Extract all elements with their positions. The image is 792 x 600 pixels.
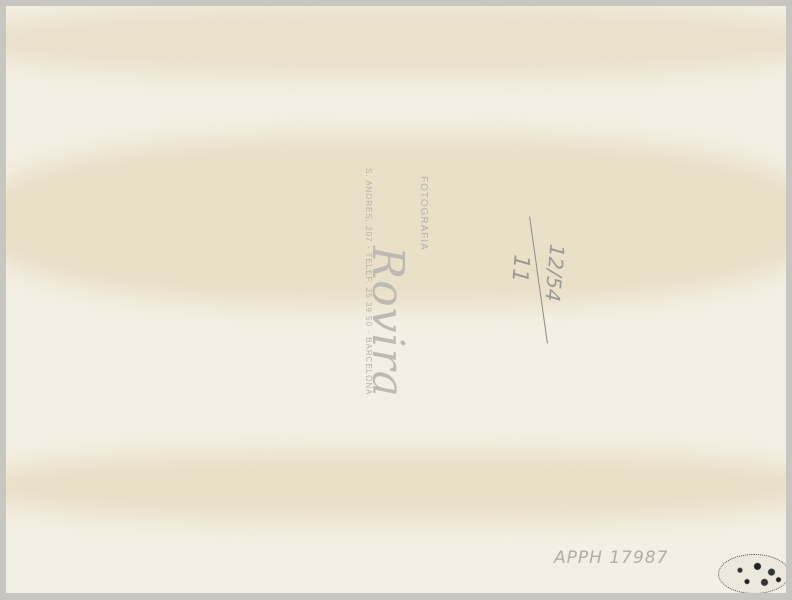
stain-band — [6, 451, 786, 521]
stamp-signature: Rovira — [362, 246, 413, 398]
photo-back-paper: FOTOGRAFIA S. ANDRES, 207 - TELEF. 25 39… — [6, 6, 786, 593]
handwritten-fraction-bottom: 12/54 — [540, 243, 569, 303]
photographer-stamp: FOTOGRAFIA S. ANDRES, 207 - TELEF. 25 39… — [351, 166, 471, 416]
stain-band — [6, 6, 786, 76]
handwritten-fraction-top: 11 — [506, 253, 533, 283]
stamp-title: FOTOGRAFIA — [418, 176, 429, 251]
archive-seal — [718, 554, 786, 593]
inventory-number: APPH 17987 — [554, 548, 668, 568]
